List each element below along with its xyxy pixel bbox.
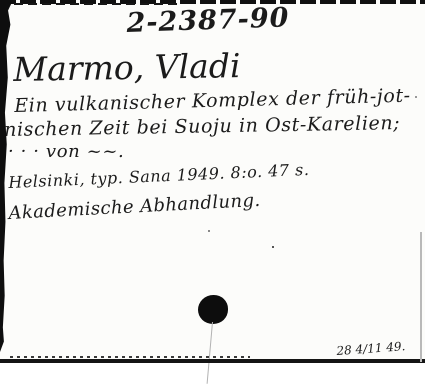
corner-date-note: 28 4/11 49. xyxy=(336,339,406,358)
imprint-line: Helsinki, typ. Sana 1949. 8:o. 47 s. xyxy=(8,160,310,192)
card-bottom-edge xyxy=(0,359,425,363)
title-line-3: · · · von ~~. xyxy=(8,141,124,162)
dissertation-note: Akademische Abhandlung. xyxy=(8,190,261,224)
author-heading: Marmo, Vladi xyxy=(13,46,241,89)
card-top-edge-fragment xyxy=(0,3,180,5)
card-bottom-edge-dots xyxy=(10,356,250,358)
scanned-catalog-card: 2-2387-90 Marmo, Vladi Ein vulkanischer … xyxy=(0,0,425,390)
punch-hole-thread-line xyxy=(207,322,213,384)
scan-noise-specks xyxy=(0,0,2,2)
card-right-edge xyxy=(420,232,422,362)
accession-number: 2-2387-90 xyxy=(126,2,290,39)
punch-hole xyxy=(198,295,228,324)
card-surface: 2-2387-90 Marmo, Vladi Ein vulkanischer … xyxy=(0,0,425,362)
title-line-2: nischen Zeit bei Suoju in Ost-Karelien; xyxy=(4,112,400,141)
